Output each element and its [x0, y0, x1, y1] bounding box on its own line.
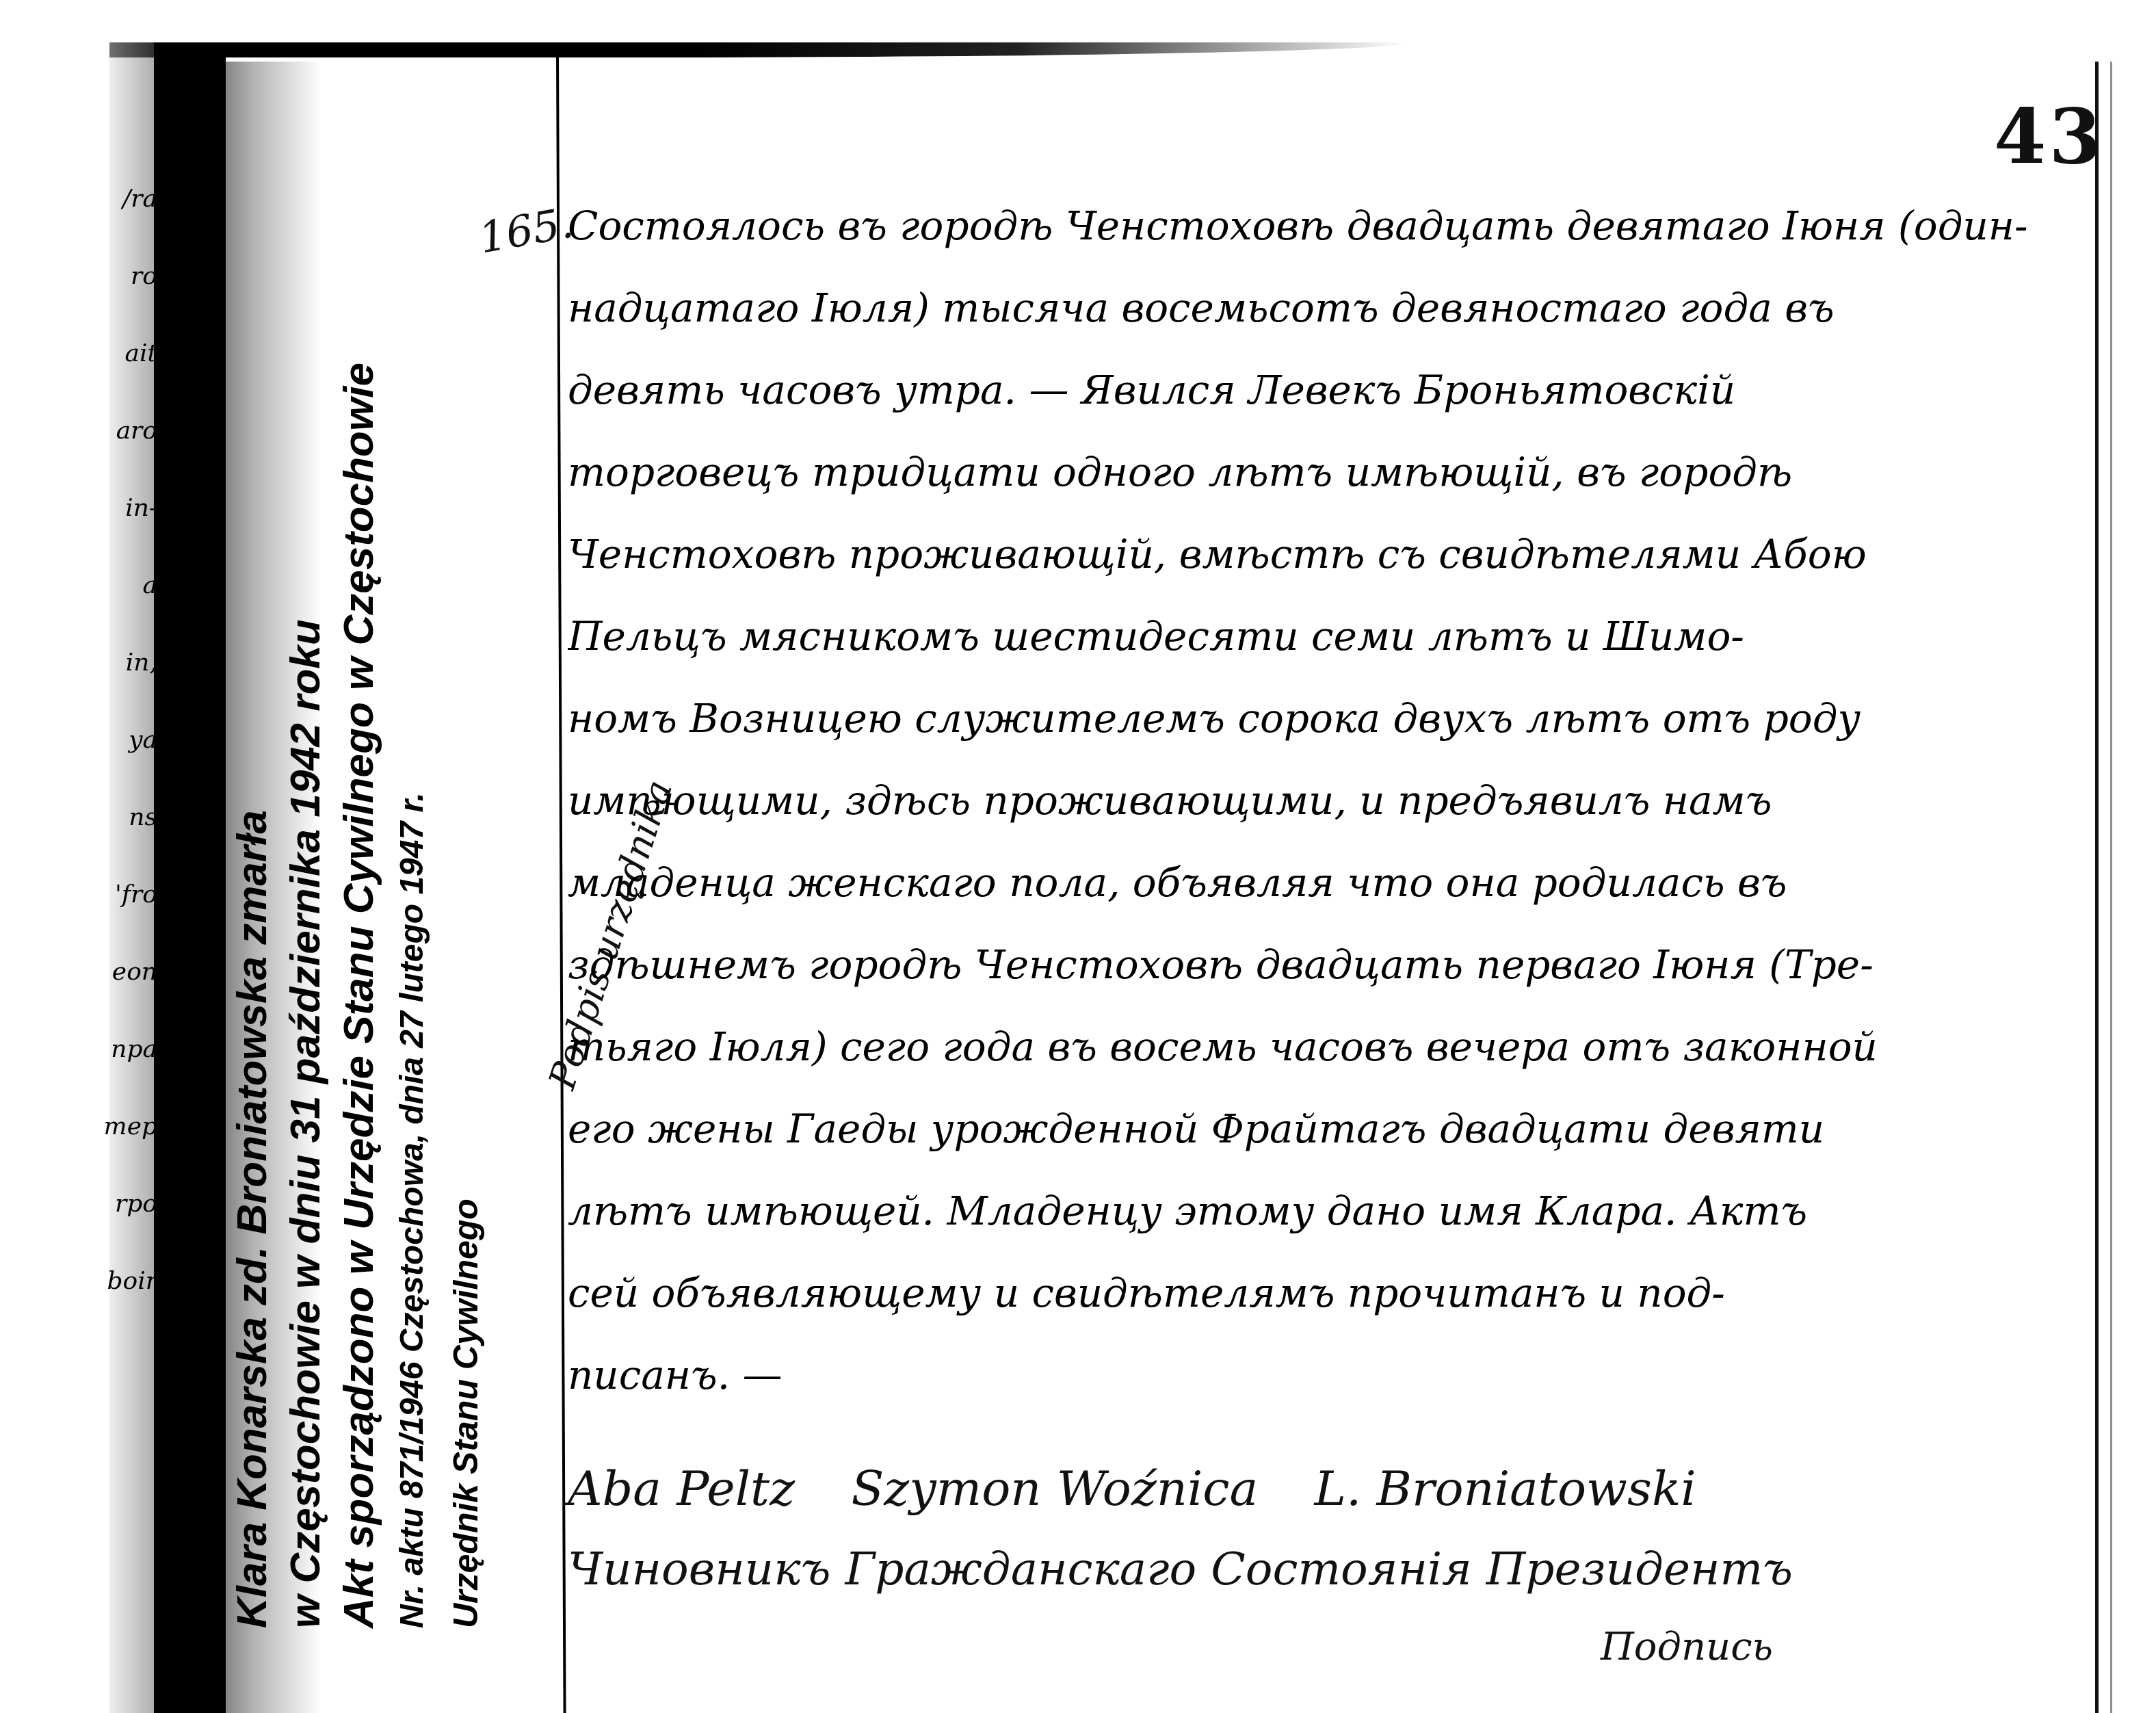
record-line: лѣтъ имѣющей. Младенцу этому дано имя Кл…	[568, 1170, 2093, 1252]
record-line: его жены Гаеды урожденной Фрайтагъ двадц…	[568, 1088, 2093, 1170]
previous-page-fragments: /ra ro ait aro in- a in, ya ns 'fro eon …	[103, 185, 157, 1344]
record-line: Ченстоховѣ проживающій, вмѣстѣ съ свидѣт…	[568, 513, 2093, 595]
scan-top-edge	[109, 42, 1409, 57]
right-page-edge-shadow	[2110, 62, 2112, 1713]
annotation-line: w Częstochowie w dniu 31 października 19…	[279, 363, 332, 1628]
margin-rule	[556, 55, 566, 1713]
record-line: младенца женскаго пола, объявляя что она…	[568, 841, 2093, 924]
fragment: npa	[103, 1035, 157, 1112]
fragment: aro	[103, 417, 157, 494]
fragment: ya	[103, 726, 157, 803]
record-body: Состоялось въ городѣ Ченстоховѣ двадцать…	[568, 185, 2093, 1416]
scanned-document-page: /ra ro ait aro in- a in, ya ns 'fro eon …	[0, 0, 2156, 1713]
record-line: Пельцъ мясникомъ шестидесяти семи лѣтъ и…	[568, 595, 2093, 677]
record-line: Состоялось въ городѣ Ченстоховѣ двадцать…	[568, 185, 2093, 267]
fragment: ns	[103, 803, 157, 880]
record-line: девять часовъ утра. — Явился Левекъ Брон…	[568, 349, 2093, 431]
fragment: in,	[103, 649, 157, 726]
record-line: тьяго Іюля) сего года въ восемь часовъ в…	[568, 1006, 2093, 1088]
fragment: ait	[103, 339, 157, 417]
annotation-line: Akt sporządzono w Urzędzie Stanu Cywilne…	[332, 363, 386, 1628]
fragment: 'fro	[103, 880, 157, 958]
witness-signatures: Aba Peltz Szymon Woźnica L. Broniatowski	[568, 1461, 2093, 1543]
fragment: ro	[103, 262, 157, 339]
annotation-line: Nr. aktu 871/1946 Częstochowa, dnia 27 l…	[386, 363, 439, 1628]
official-title: Чиновникъ Гражданскаго Состоянія Президе…	[568, 1543, 2093, 1618]
fragment: /ra	[103, 185, 157, 262]
record-line: номъ Возницею служителемъ сорока двухъ л…	[568, 677, 2093, 759]
signature-declarant: L. Broniatowski	[1315, 1461, 1696, 1517]
right-page-edge	[2095, 62, 2099, 1713]
record-line: сей объявляющему и свидѣтелямъ прочитанъ…	[568, 1252, 2093, 1334]
record-line: писанъ. —	[568, 1334, 2093, 1416]
record-line: имѣющими, здѣсь проживающими, и предъяви…	[568, 759, 2093, 841]
fragment: in-	[103, 494, 157, 571]
fragment: rpo	[103, 1190, 157, 1267]
record-line: надцатаго Іюля) тысяча восемьсотъ девяно…	[568, 267, 2093, 349]
page-number: 43	[1994, 92, 2104, 181]
act-number: 165.	[475, 198, 577, 263]
fragment: eon	[103, 958, 157, 1035]
fragment: boir	[103, 1267, 157, 1344]
signature-official: Подпись	[1601, 1625, 1773, 1669]
signature-witness-2: Szymon Woźnica	[851, 1461, 1258, 1517]
signatures-block: Aba Peltz Szymon Woźnica L. Broniatowski…	[568, 1461, 2093, 1618]
marginal-annotation: Klara Konarska zd. Broniatowska zmarła w…	[226, 363, 492, 1628]
record-line: торговецъ тридцати одного лѣтъ имѣющій, …	[568, 431, 2093, 513]
signature-witness-1: Aba Peltz	[568, 1461, 795, 1517]
annotation-line: Klara Konarska zd. Broniatowska zmarła	[226, 363, 279, 1628]
fragment: mep	[103, 1112, 157, 1190]
binding-shadow	[154, 42, 226, 1713]
record-line: здѣшнемъ городѣ Ченстоховѣ двадцать перв…	[568, 924, 2093, 1006]
fragment: a	[103, 571, 157, 649]
annotation-line: Urzędnik Stanu Cywilnego	[439, 363, 492, 1628]
